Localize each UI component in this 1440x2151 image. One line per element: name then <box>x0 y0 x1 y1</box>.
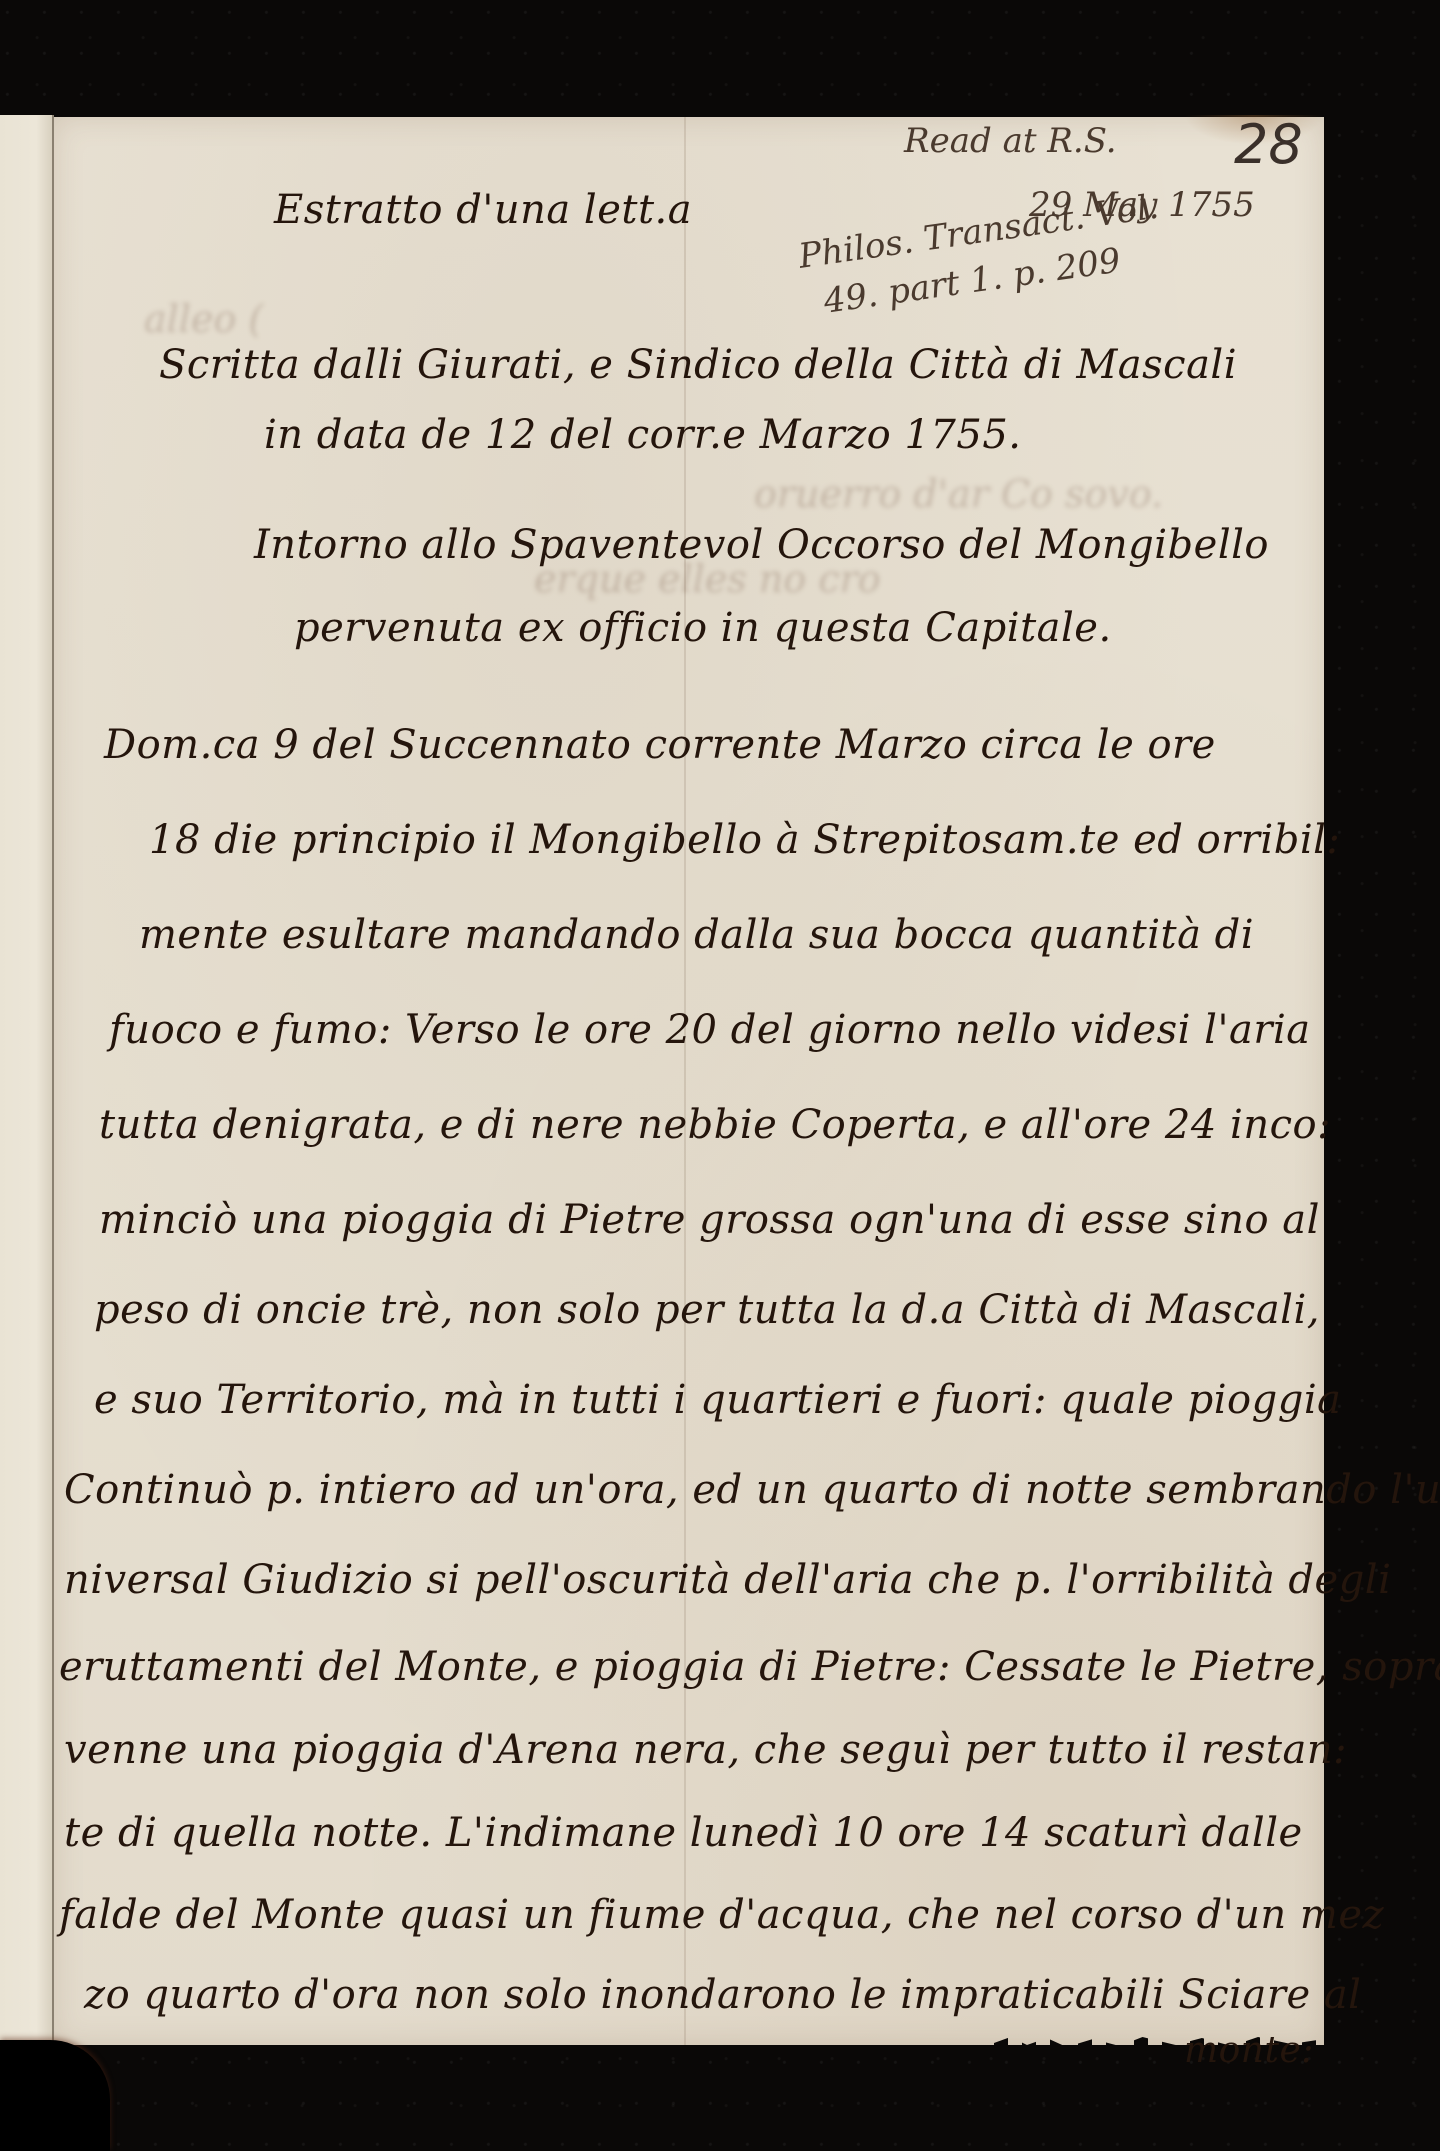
body-line: Dom.ca 9 del Succennato corrente Marzo c… <box>104 722 1216 768</box>
body-line-catchword: monte: <box>1184 2030 1314 2071</box>
heading-line-2: Scritta dalli Giurati, e Sindico della C… <box>159 342 1237 388</box>
folio-number: 28 <box>1234 113 1303 176</box>
heading-line-3: in data de 12 del corr.e Marzo 1755. <box>264 412 1022 458</box>
body-line: fuoco e fumo: Verso le ore 20 del giorno… <box>109 1007 1311 1053</box>
body-line: peso di oncie trè, non solo per tutta la… <box>94 1287 1320 1333</box>
body-line: 18 die principio il Mongibello à Strepit… <box>149 817 1340 863</box>
bleed-through-text: oruerro d'ar Co sovo. <box>754 472 1163 516</box>
body-line: venne una pioggia d'Arena nera, che segu… <box>64 1727 1347 1773</box>
heading-line-4: Intorno allo Spaventevol Occorso del Mon… <box>254 522 1269 568</box>
body-line: zo quarto d'ora non solo inondarono le i… <box>84 1972 1361 2018</box>
heading-line-5: pervenuta ex officio in questa Capitale. <box>294 605 1112 651</box>
body-line: niversal Giudizio si pell'oscurità dell'… <box>64 1557 1391 1603</box>
heading-line-1: Estratto d'una lett.a <box>274 187 692 233</box>
manuscript-page: alleo ( oruerro d'ar Co sovo. erque elle… <box>54 117 1324 2045</box>
body-line: te di quella notte. L'indimane lunedì 10… <box>64 1810 1303 1856</box>
bleed-through-text: alleo ( <box>144 297 263 341</box>
read-at-annotation: Read at R.S. <box>904 121 1117 161</box>
body-line: minciò una pioggia di Pietre grossa ogn'… <box>99 1197 1320 1243</box>
adjacent-page-edge <box>0 115 54 2045</box>
body-line: falde del Monte quasi un fiume d'acqua, … <box>59 1892 1384 1938</box>
body-line: Continuò p. intiero ad un'ora, ed un qua… <box>64 1467 1440 1513</box>
body-line: mente esultare mandando dalla sua bocca … <box>139 912 1254 958</box>
body-line: e suo Territorio, mà in tutti i quartier… <box>94 1377 1341 1423</box>
body-line: eruttamenti del Monte, e pioggia di Piet… <box>59 1644 1440 1690</box>
body-line: tutta denigrata, e di nere nebbie Copert… <box>99 1102 1331 1148</box>
